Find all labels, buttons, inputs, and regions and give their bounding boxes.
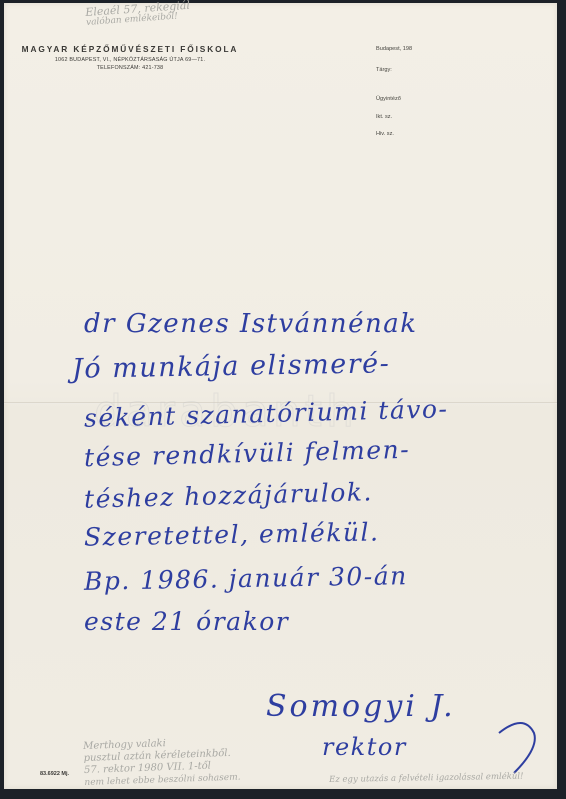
letter-salutation: dr Gzenes Istvánnénak <box>84 309 418 339</box>
institution-name: MAGYAR KÉPZŐMŰVÉSZETI FŐISKOLA <box>4 44 256 54</box>
signature-flourish-icon <box>494 693 554 783</box>
institution-phone: TELEFONSZÁM: 421-738 <box>4 65 256 71</box>
letter-time-line: este 21 órakor <box>84 607 289 636</box>
letter-line: tése rendkívüli felmen- <box>84 435 411 473</box>
institution-address: 1062 BUDAPEST, VI., NÉPKÖZTÁRSASÁG ÚTJA … <box>4 57 256 63</box>
letter-line: Jó munkája elismeré- <box>72 348 391 385</box>
field-their-ref: Hiv. sz. <box>376 131 394 137</box>
pencil-note-bottom-left: Merthogy valaki pusztul aztán kéréletein… <box>83 736 241 789</box>
letter-line: Szeretettel, emlékül. <box>84 517 380 551</box>
pencil-note-bottom-right: Ez egy utazás a felvételi igazolással em… <box>329 772 524 786</box>
form-code: 83.6922 Mj. <box>40 771 69 777</box>
field-subject: Tárgy: <box>376 67 392 73</box>
field-place-date: Budapest, 198 <box>376 46 412 52</box>
letter-paper: Eleaél 57, rekegiál valóban emlékeiből! … <box>4 3 557 789</box>
letter-date-line: Bp. 1986. január 30-án <box>84 561 408 596</box>
field-clerk: Ügyintéző <box>376 96 401 102</box>
signature-title: rektor <box>322 733 407 761</box>
letter-line: téshez hozzájárulok. <box>84 477 374 514</box>
signature: Somogyi J. <box>266 689 456 724</box>
letterhead: MAGYAR KÉPZŐMŰVÉSZETI FŐISKOLA 1062 BUDA… <box>4 44 256 71</box>
field-ref-no: Ikt. sz. <box>376 114 392 120</box>
pencil-note-top: Eleaél 57, rekegiál valóban emlékeiből! <box>85 0 191 29</box>
